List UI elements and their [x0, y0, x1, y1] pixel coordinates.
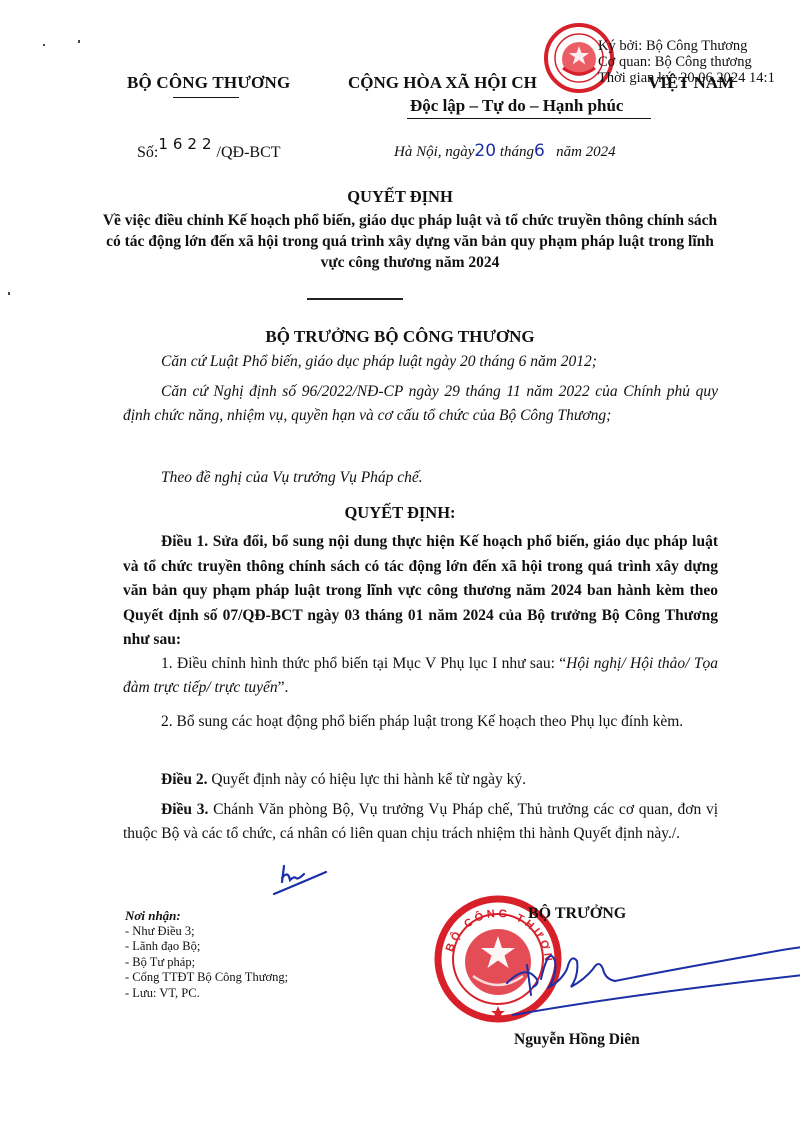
digital-signature-info: Ký bởi: Bộ Công Thương Cơ quan: Bộ Công …: [598, 38, 775, 86]
document-number-prefix: Số:: [137, 144, 158, 161]
initials-mark-icon: [270, 860, 330, 900]
document-number-suffix: /QĐ-BCT: [217, 144, 281, 161]
article-3: Điều 3. Chánh Văn phòng Bộ, Vụ trưởng Vụ…: [123, 798, 718, 846]
agency-underline: [173, 97, 239, 98]
date-day: 20: [474, 141, 496, 161]
place-prefix: Hà Nội, ngày: [394, 144, 474, 160]
article-2: Điều 2. Quyết định này có hiệu lực thi h…: [123, 768, 718, 792]
signer-title: BỘ TRƯỞNG: [528, 905, 626, 923]
recipient-item: - Lãnh đạo Bộ;: [125, 939, 288, 955]
scan-speck: [8, 292, 10, 295]
recipient-item: - Bộ Tư pháp;: [125, 955, 288, 971]
article-1-item-1-text: 1. Điều chỉnh hình thức phổ biến tại Mục…: [161, 655, 566, 672]
scan-speck: [78, 40, 80, 43]
article-3-label: Điều 3.: [161, 801, 208, 818]
recipient-item: - Lưu: VT, PC.: [125, 986, 288, 1002]
article-2-text: Quyết định này có hiệu lực thi hành kể t…: [208, 771, 527, 788]
document-title: QUYẾT ĐỊNH: [0, 187, 800, 207]
signer-name: Nguyễn Hồng Diên: [514, 1031, 640, 1049]
recipients-heading: Nơi nhận:: [125, 908, 288, 924]
country-name: CỘNG HÒA XÃ HỘI CH: [348, 73, 537, 93]
article-1-item-1-end: ”.: [278, 679, 289, 696]
article-1: Điều 1. Sửa đổi, bổ sung nội dung thực h…: [123, 530, 718, 653]
date-month: 6: [534, 141, 545, 161]
article-1-item-2: 2. Bổ sung các hoạt động phổ biến pháp l…: [123, 710, 718, 734]
recipient-item: - Cổng TTĐT Bộ Công Thương;: [125, 970, 288, 986]
document-number: Số:1622/QĐ-BCT: [137, 143, 281, 162]
legal-basis-1: Căn cứ Luật Phổ biến, giáo dục pháp luật…: [123, 350, 718, 374]
issuing-authority: BỘ TRƯỞNG BỘ CÔNG THƯƠNG: [0, 327, 800, 347]
document-number-handwritten: 1622: [158, 135, 216, 153]
document-subject: Về việc điều chỉnh Kế hoạch phổ biến, gi…: [100, 210, 720, 273]
month-label: tháng: [500, 144, 534, 160]
article-3-text: Chánh Văn phòng Bộ, Vụ trưởng Vụ Pháp ch…: [123, 801, 718, 842]
place-and-date: Hà Nội, ngày20 tháng6 năm 2024: [394, 141, 616, 161]
decides-heading: QUYẾT ĐỊNH:: [0, 503, 800, 523]
recipient-item: - Như Điều 3;: [125, 924, 288, 940]
signing-agency: Cơ quan: Bộ Công thương: [598, 54, 775, 70]
recipients-list: Nơi nhận: - Như Điều 3; - Lãnh đạo Bộ; -…: [125, 908, 288, 1001]
national-motto: Độc lập – Tự do – Hạnh phúc: [410, 96, 623, 116]
scan-speck: [43, 44, 45, 46]
proposal-basis: Theo đề nghị của Vụ trưởng Vụ Pháp chế.: [123, 466, 718, 490]
motto-underline: [407, 118, 651, 119]
signed-by: Ký bởi: Bộ Công Thương: [598, 38, 775, 54]
article-1-item-1: 1. Điều chỉnh hình thức phổ biến tại Mục…: [123, 652, 718, 700]
article-2-label: Điều 2.: [161, 771, 208, 788]
handwritten-signature-icon: [505, 935, 800, 1035]
year-label: năm 2024: [556, 144, 616, 160]
issuing-agency: BỘ CÔNG THƯƠNG: [127, 73, 290, 93]
legal-basis-2: Căn cứ Nghị định số 96/2022/NĐ-CP ngày 2…: [123, 380, 718, 428]
signing-time: Thời gian ký: 20.06.2024 14:1: [598, 70, 775, 86]
subject-underline: [307, 298, 403, 300]
